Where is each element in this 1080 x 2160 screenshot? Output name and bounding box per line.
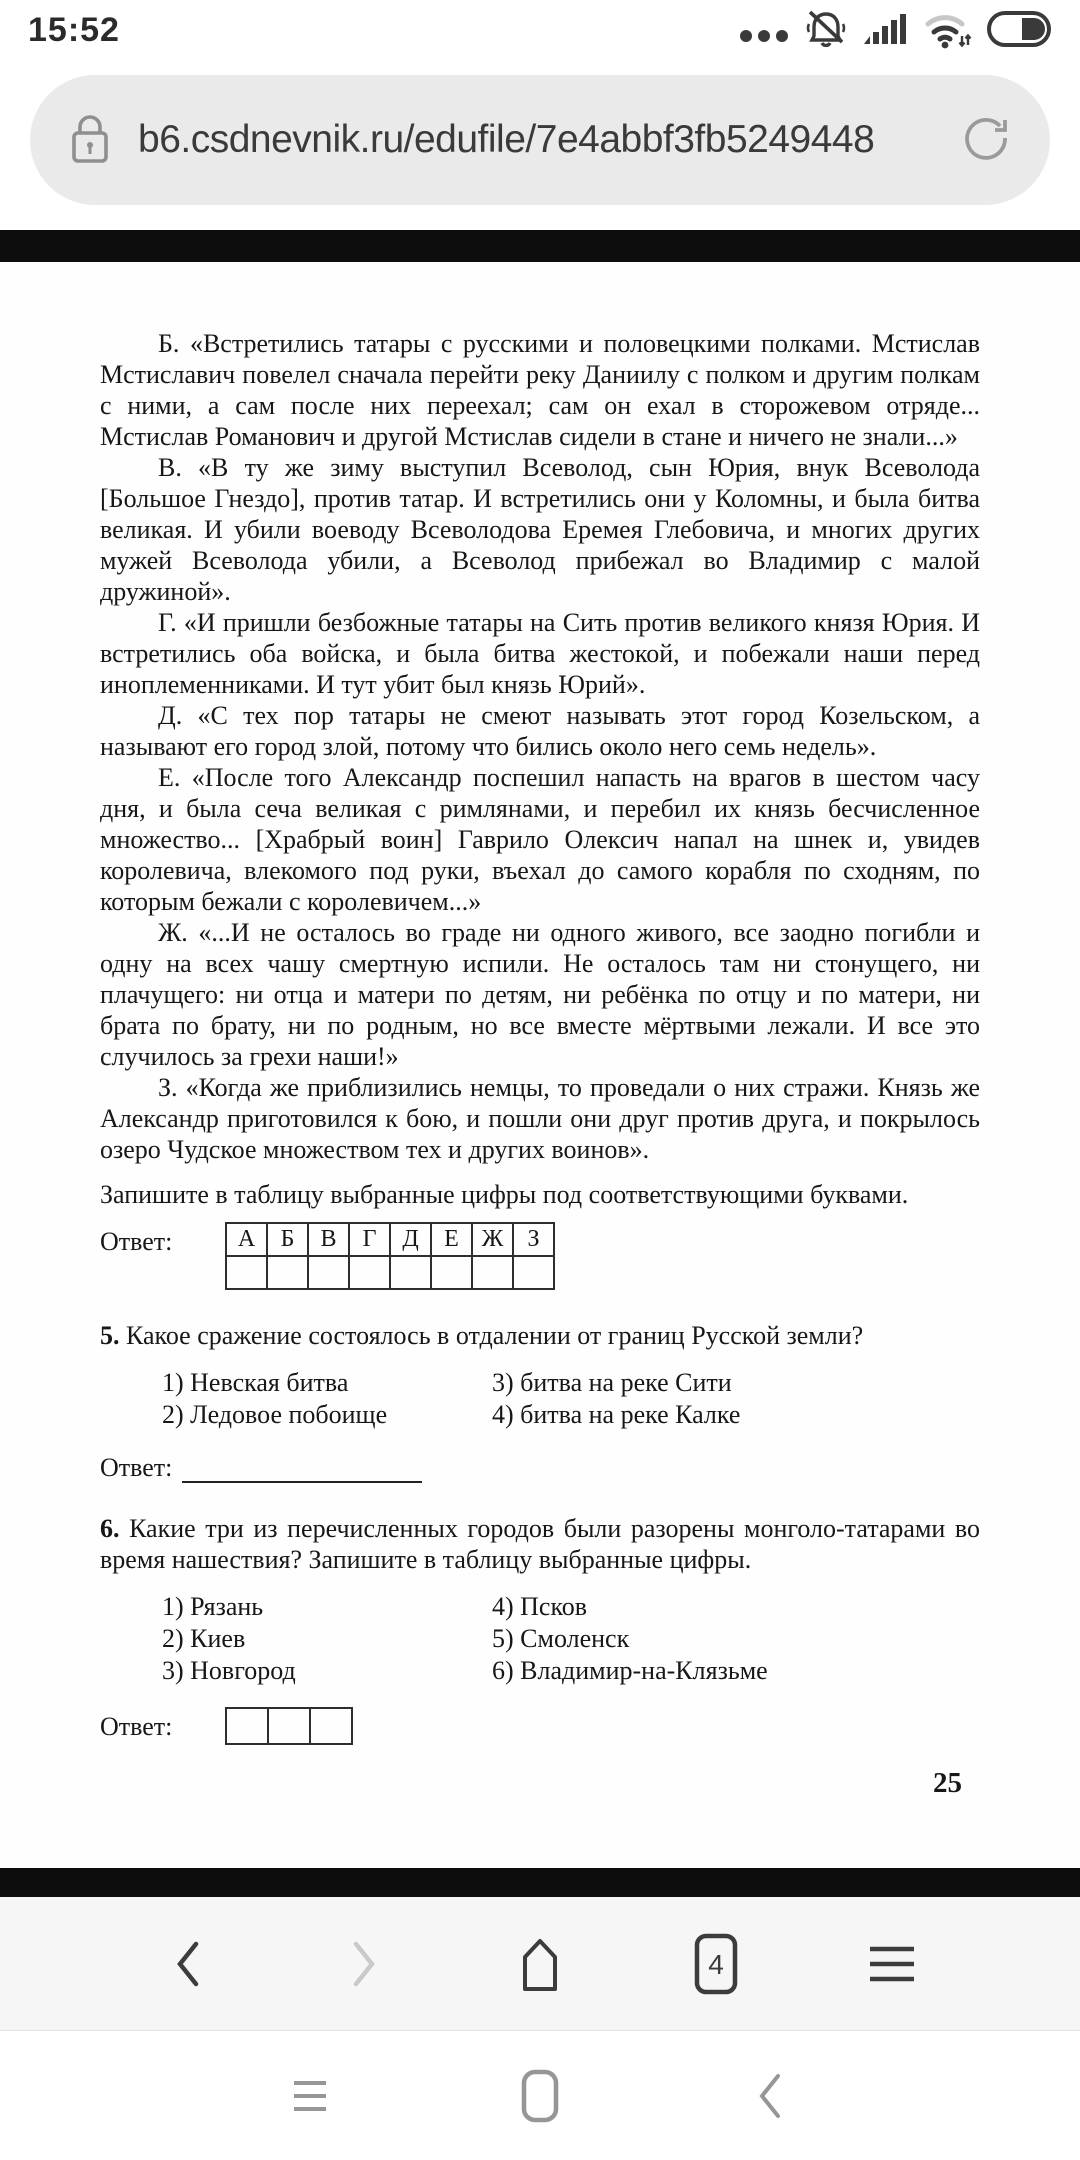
status-bar: 15:52 [0,0,1080,60]
option-item: 3) битва на реке Сити [492,1367,980,1399]
status-icons [738,6,1052,55]
grid-header-cell: А [226,1223,267,1256]
answer-cells-table [225,1707,353,1745]
grid-header-cell: Б [267,1223,308,1256]
grid-empty-cell [267,1256,308,1289]
nav-menu-button[interactable] [270,2056,350,2136]
battery-icon [986,6,1052,55]
grid-header-cell: Д [390,1223,431,1256]
grid-empty-cell [268,1708,310,1744]
tab-count: 4 [708,1949,724,1980]
option-item: 3) Новгород [162,1655,492,1687]
grid-empty-cell [226,1256,267,1289]
answer-grid-block: Ответ: А Б В Г Д Е Ж З [100,1222,980,1290]
refresh-button[interactable] [960,112,1012,169]
pdf-page-view[interactable]: Б. «Встретились татары с русскими и поло… [0,262,1080,1868]
pdf-letterbox-bottom [0,1868,1080,1897]
forward-button[interactable] [324,1924,404,2004]
option-item: 1) Рязань [162,1591,492,1623]
answer-label: Ответ: [100,1222,225,1257]
question-5: 5. Какое сражение состоялось в отдалении… [100,1320,980,1351]
back-button[interactable] [148,1924,228,2004]
option-item: 5) Смоленск [492,1623,980,1655]
document-paragraph: Г. «И пришли безбожные татары на Сить пр… [100,607,980,700]
document-paragraph: Д. «С тех пор татары не смеют называть э… [100,700,980,762]
android-nav-bar [0,2030,1080,2160]
signal-icon [862,6,908,55]
question-6: 6. Какие три из перечисленных городов бы… [100,1513,980,1575]
grid-header-cell: З [513,1223,554,1256]
wifi-icon [922,6,972,55]
document-paragraph: Е. «После того Александр поспешил напаст… [100,762,980,917]
grid-empty-cell [390,1256,431,1289]
document-paragraph: Б. «Встретились татары с русскими и поло… [100,328,980,452]
question-6-answer: Ответ: [100,1707,980,1745]
answer-label: Ответ: [100,1707,225,1742]
url-text: b6.csdnevnik.ru/edufile/7e4abbf3fb524944… [138,118,934,162]
document-paragraph: В. «В ту же зиму выступил Всеволод, сын … [100,452,980,607]
menu-button[interactable] [852,1924,932,2004]
grid-header-cell: Ж [472,1223,513,1256]
grid-header-cell: В [308,1223,349,1256]
question-text: Какие три из перечисленных городов были … [100,1514,980,1574]
question-5-answer: Ответ: [100,1453,980,1483]
option-item: 4) Псков [492,1591,980,1623]
question-5-options: 1) Невская битва 2) Ледовое побоище 3) б… [162,1367,980,1431]
grid-empty-cell [513,1256,554,1289]
browser-nav-bar: 4 [0,1897,1080,2030]
answer-blank-line [182,1453,422,1483]
url-zone: b6.csdnevnik.ru/edufile/7e4abbf3fb524944… [0,60,1080,230]
instruction-text: Запишите в таблицу выбранные цифры под с… [100,1179,980,1210]
nav-back-button[interactable] [730,2056,810,2136]
more-notifications-icon [738,6,790,55]
document-paragraph: З. «Когда же приблизились немцы, то пров… [100,1072,980,1165]
question-number: 5. [100,1321,120,1350]
address-bar[interactable]: b6.csdnevnik.ru/edufile/7e4abbf3fb524944… [30,75,1050,205]
question-6-options: 1) Рязань 2) Киев 3) Новгород 4) Псков 5… [162,1591,980,1687]
grid-empty-cell [308,1256,349,1289]
home-button[interactable] [500,1924,580,2004]
option-item: 4) битва на реке Калке [492,1399,980,1431]
grid-empty-cell [310,1708,352,1744]
option-item: 2) Киев [162,1623,492,1655]
grid-empty-cell [472,1256,513,1289]
page-number: 25 [100,1767,980,1800]
answer-label: Ответ: [100,1453,172,1483]
option-item: 6) Владимир-на-Клязьме [492,1655,980,1687]
document-paragraph: Ж. «...И не осталось во граде ни одного … [100,917,980,1072]
grid-empty-cell [349,1256,390,1289]
option-item: 1) Невская битва [162,1367,492,1399]
phone-screen: 15:52 [0,0,1080,2160]
question-text: Какое сражение состоялось в отдалении от… [126,1321,863,1350]
status-time: 15:52 [28,11,120,50]
nav-home-button[interactable] [500,2056,580,2136]
answer-grid-table: А Б В Г Д Е Ж З [225,1222,555,1290]
tabs-button[interactable]: 4 [676,1924,756,2004]
mute-bell-icon [804,6,848,55]
grid-header-cell: Е [431,1223,472,1256]
grid-header-cell: Г [349,1223,390,1256]
lock-icon[interactable] [68,111,112,170]
pdf-letterbox-top [0,230,1080,262]
question-number: 6. [100,1514,120,1543]
grid-empty-cell [431,1256,472,1289]
grid-empty-cell [226,1708,268,1744]
pdf-page-content: Б. «Встретились татары с русскими и поло… [0,262,1080,1800]
option-item: 2) Ледовое побоище [162,1399,492,1431]
